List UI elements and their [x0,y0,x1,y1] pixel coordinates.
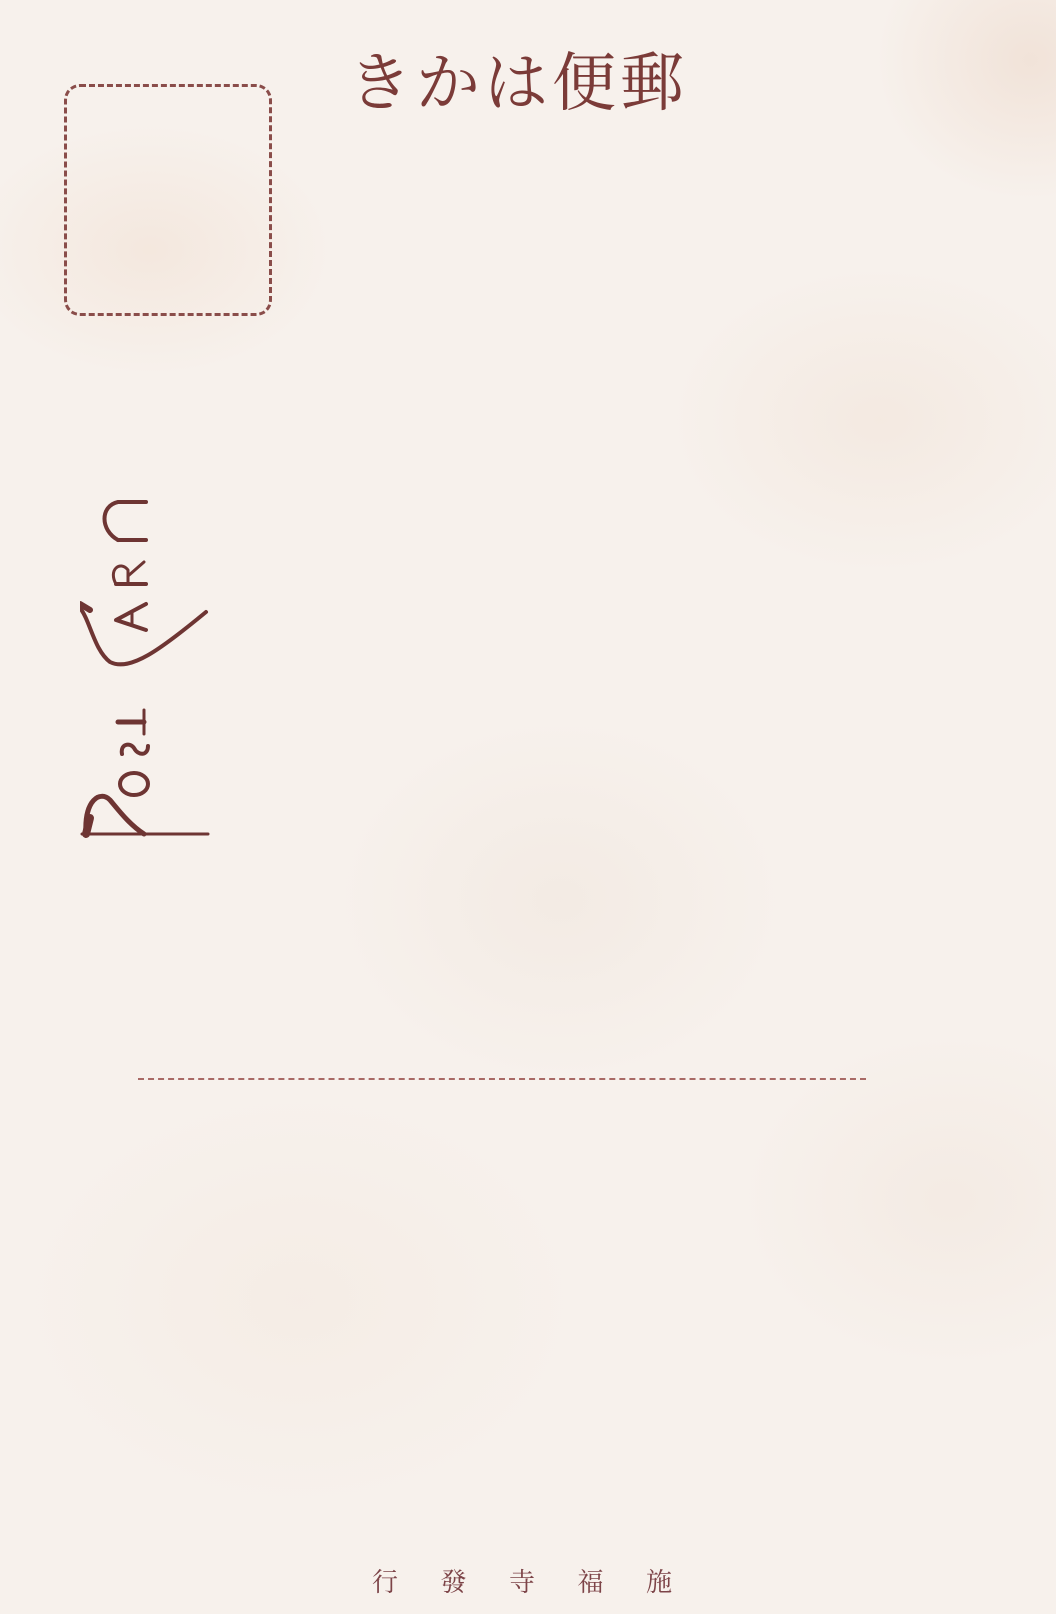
publisher-char: 行 [372,1562,398,1599]
publisher-char: 施 [646,1562,672,1599]
publisher-char: 寺 [509,1562,535,1599]
publisher-imprint: 行 發 寺 福 施 [372,1560,672,1600]
publisher-char: 發 [440,1562,466,1599]
postcard-title: きかは便郵 [348,44,698,124]
postcard-back: きかは便郵 POST CARD [0,0,1056,1614]
postcard-logo: POST CARD [80,500,220,860]
address-divider-line [138,1078,866,1080]
publisher-char: 福 [577,1562,603,1599]
stamp-placement-box [64,84,272,316]
postcard-logo-icon [80,500,220,860]
